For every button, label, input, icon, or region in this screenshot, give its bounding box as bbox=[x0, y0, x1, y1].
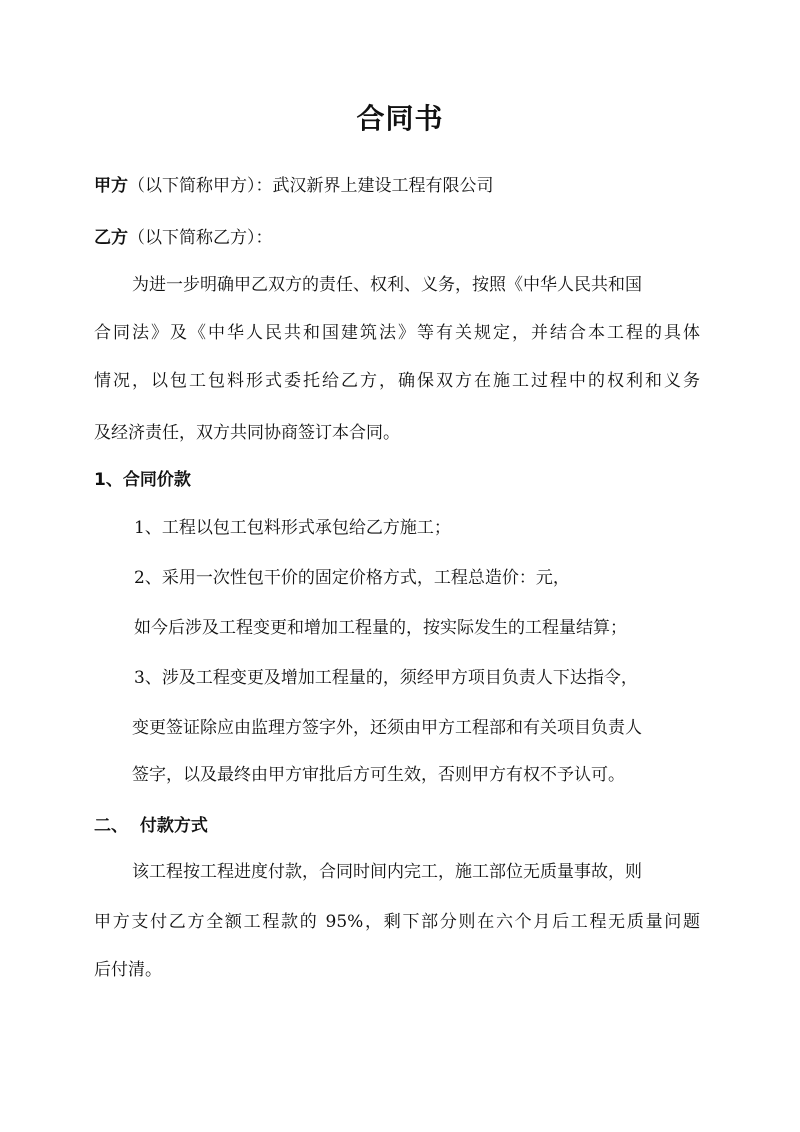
section-1-line-3: 如今后涉及工程变更和增加工程量的，按实际发生的工程量结算； bbox=[134, 618, 627, 638]
intro-line-4: 及经济责任，双方共同协商签订本合同。 bbox=[94, 423, 400, 443]
intro-line-3: 情况，以包工包料形式委托给乙方，确保双方在施工过程中的权利和义务 bbox=[94, 371, 700, 391]
section-2-line-2: 甲方支付乙方全额工程款的 95%，剩下部分则在六个月后工程无质量问题 bbox=[94, 912, 700, 932]
section-1-line-6: 签字，以及最终由甲方审批后方可生效，否则甲方有权不予认可。 bbox=[132, 765, 625, 785]
party-b-label: 乙方 bbox=[94, 228, 128, 248]
intro-line-1: 为进一步明确甲乙双方的责任、权利、义务，按照《中华人民共和国 bbox=[132, 275, 700, 295]
section-2-heading: 二、 付款方式 bbox=[94, 816, 208, 836]
section-1-line-1: 1、工程以包工包料形式承包给乙方施工； bbox=[134, 518, 451, 538]
party-a-line: 甲方（以下简称甲方）：武汉新界上建设工程有限公司 bbox=[94, 176, 494, 196]
section-2-line-1: 该工程按工程进度付款，合同时间内完工，施工部位无质量事故，则 bbox=[132, 862, 700, 882]
party-a-label: 甲方 bbox=[94, 176, 128, 196]
section-1-line-5: 变更签证除应由监理方签字外，还须由甲方工程部和有关项目负责人 bbox=[132, 718, 642, 738]
party-b-note: （以下简称乙方）： bbox=[128, 228, 273, 248]
section-1-heading: 1、合同价款 bbox=[94, 470, 191, 490]
section-1-line-4: 3、涉及工程变更及增加工程量的，须经甲方项目负责人下达指令， bbox=[134, 668, 638, 688]
party-b-line: 乙方（以下简称乙方）： bbox=[94, 228, 273, 248]
section-2-line-3: 后付清。 bbox=[94, 960, 162, 980]
party-a-name: 武汉新界上建设工程有限公司 bbox=[273, 176, 494, 196]
section-1-line-2: 2、采用一次性包干价的固定价格方式，工程总造价：元， bbox=[134, 568, 570, 588]
intro-line-2: 合同法》及《中华人民共和国建筑法》等有关规定，并结合本工程的具体 bbox=[94, 323, 700, 343]
party-a-note: （以下简称甲方）： bbox=[128, 176, 273, 196]
document-title: 合同书 bbox=[0, 103, 800, 135]
